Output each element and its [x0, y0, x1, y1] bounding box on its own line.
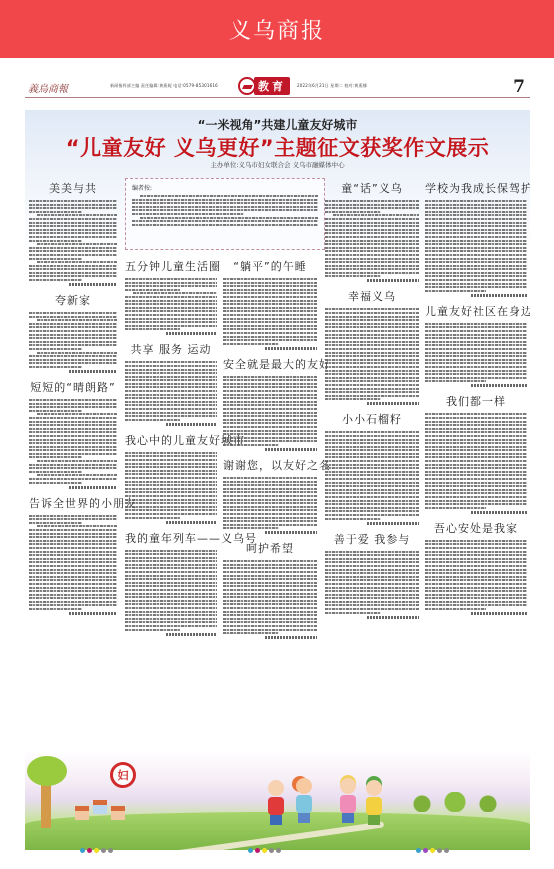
feature-headline: “儿童友好 义乌更好”主题征文获奖作文展示 [25, 132, 530, 162]
article-body [325, 200, 419, 277]
editor-note-label: 编者按: [132, 183, 318, 192]
column-4: 童“话”义乌 幸福义乌 小小石榴籽 善于爱 我参与 [325, 174, 419, 622]
section-logo-icon [238, 77, 256, 95]
child-figure-icon [265, 780, 287, 828]
section-badge: 教育 [238, 76, 290, 96]
app-title: 义乌商报 [229, 14, 325, 45]
article-byline [69, 486, 117, 489]
page-number: 7 [513, 77, 525, 97]
article-title[interactable]: 吾心安处是我家 [425, 520, 527, 536]
article-byline [265, 448, 317, 451]
article-body [425, 200, 527, 292]
article-body [29, 515, 117, 610]
masthead-editor-info: 新闻指挥部主编 责任编辑:黄燕妮 电话:0579-85301616 [110, 83, 218, 89]
masthead: 義烏商報 新闻指挥部主编 责任编辑:黄燕妮 电话:0579-85301616 教… [25, 78, 530, 98]
article-byline [471, 612, 527, 615]
article-title[interactable]: 童“话”义乌 [325, 180, 419, 196]
article-body [325, 551, 419, 614]
article-byline [69, 283, 117, 286]
house-icon [111, 806, 125, 820]
article-body [425, 323, 527, 383]
article-byline [367, 402, 419, 405]
article-byline [166, 633, 217, 636]
article-byline [367, 522, 419, 525]
article-title[interactable]: 儿童友好社区在身边 [425, 303, 527, 319]
article-byline [471, 294, 527, 297]
column-1: 美美与共 夸新家 短短的“晴朗路” 告诉全世界的小朋友 [29, 174, 117, 618]
column-5: 学校为我成长保驾护航 儿童友好社区在身边 我们都一样 吾心安处是我家 [425, 174, 527, 618]
editor-note: 编者按: [125, 178, 325, 250]
bushes-icon [400, 792, 510, 812]
article-body [125, 452, 217, 519]
column-2: 五分钟儿童生活圈 共享 服务 运动 我心中的儿童友好城市 我的童年列车——义乌号 [125, 252, 217, 639]
feature-content: “一米视角”共建儿童友好城市 “儿童友好 义乌更好”主题征文获奖作文展示 主办单… [25, 110, 530, 850]
feature-organizer: 主办单位:义乌市妇女联合会 义乌市融媒体中心 [25, 160, 530, 169]
article-body [125, 550, 217, 631]
article-title[interactable]: 小小石榴籽 [325, 411, 419, 427]
womens-federation-emblem-icon: 妇 [110, 762, 136, 788]
tree-icon [27, 756, 67, 806]
child-figure-icon [293, 778, 315, 826]
house-icon [93, 800, 107, 814]
feature-kicker: “一米视角”共建儿童友好城市 [25, 116, 530, 133]
article-body [223, 560, 317, 634]
article-byline [166, 423, 217, 426]
article-body [29, 399, 117, 484]
article-title[interactable]: 谢谢您，以友好之名 [223, 457, 317, 473]
article-title[interactable]: 学校为我成长保驾护航 [425, 180, 527, 196]
article-title[interactable]: 告诉全世界的小朋友 [29, 495, 117, 511]
registration-marks-center [248, 848, 281, 853]
children-illustration: 妇 [25, 750, 530, 850]
article-title[interactable]: 我们都一样 [425, 393, 527, 409]
article-title[interactable]: 我的童年列车——义乌号 [125, 530, 217, 546]
article-body [325, 308, 419, 400]
article-title[interactable]: 幸福义乌 [325, 288, 419, 304]
newspaper-page[interactable]: 義烏商報 新闻指挥部主编 责任编辑:黄燕妮 电话:0579-85301616 教… [25, 60, 530, 850]
article-byline [265, 636, 317, 639]
newspaper-logo: 義烏商報 [28, 80, 68, 95]
article-title[interactable]: 安全就是最大的友好 [223, 356, 317, 372]
article-title[interactable]: 我心中的儿童友好城市 [125, 432, 217, 448]
section-name: 教育 [254, 77, 290, 95]
article-byline [166, 521, 217, 524]
article-title[interactable]: 夸新家 [29, 292, 117, 308]
article-byline [69, 370, 117, 373]
article-title[interactable]: 善于爱 我参与 [325, 531, 419, 547]
article-title[interactable]: 共享 服务 运动 [125, 341, 217, 357]
article-title[interactable]: 五分钟儿童生活圈 [125, 258, 217, 274]
child-figure-icon [337, 778, 359, 826]
article-body [325, 431, 419, 519]
article-body [223, 278, 317, 345]
article-title[interactable]: 美美与共 [29, 180, 117, 196]
article-byline [367, 279, 419, 282]
article-body [125, 278, 217, 330]
article-byline [471, 511, 527, 514]
column-3: “躺平”的午睡 安全就是最大的友好 谢谢您，以友好之名 呵护希望 [223, 252, 317, 642]
article-byline [69, 612, 117, 615]
article-body [29, 200, 117, 281]
article-byline [367, 616, 419, 619]
article-body [425, 540, 527, 610]
article-body [223, 376, 317, 446]
article-body [223, 477, 317, 529]
app-header: 义乌商报 [0, 0, 554, 58]
house-icon [75, 806, 89, 820]
article-byline [265, 531, 317, 534]
article-byline [166, 332, 217, 335]
article-title[interactable]: 短短的“晴朗路” [29, 379, 117, 395]
article-title[interactable]: 呵护希望 [223, 540, 317, 556]
article-byline [471, 384, 527, 387]
article-body [125, 361, 217, 421]
registration-marks-left [80, 848, 113, 853]
masthead-date-info: 2022年6月21日 星期二 校对:黄燕娜 [297, 83, 367, 89]
article-body [29, 312, 117, 368]
article-body [425, 413, 527, 508]
child-figure-icon [363, 780, 385, 828]
article-title[interactable]: “躺平”的午睡 [223, 258, 317, 274]
article-byline [265, 347, 317, 350]
registration-marks-right [416, 848, 449, 853]
